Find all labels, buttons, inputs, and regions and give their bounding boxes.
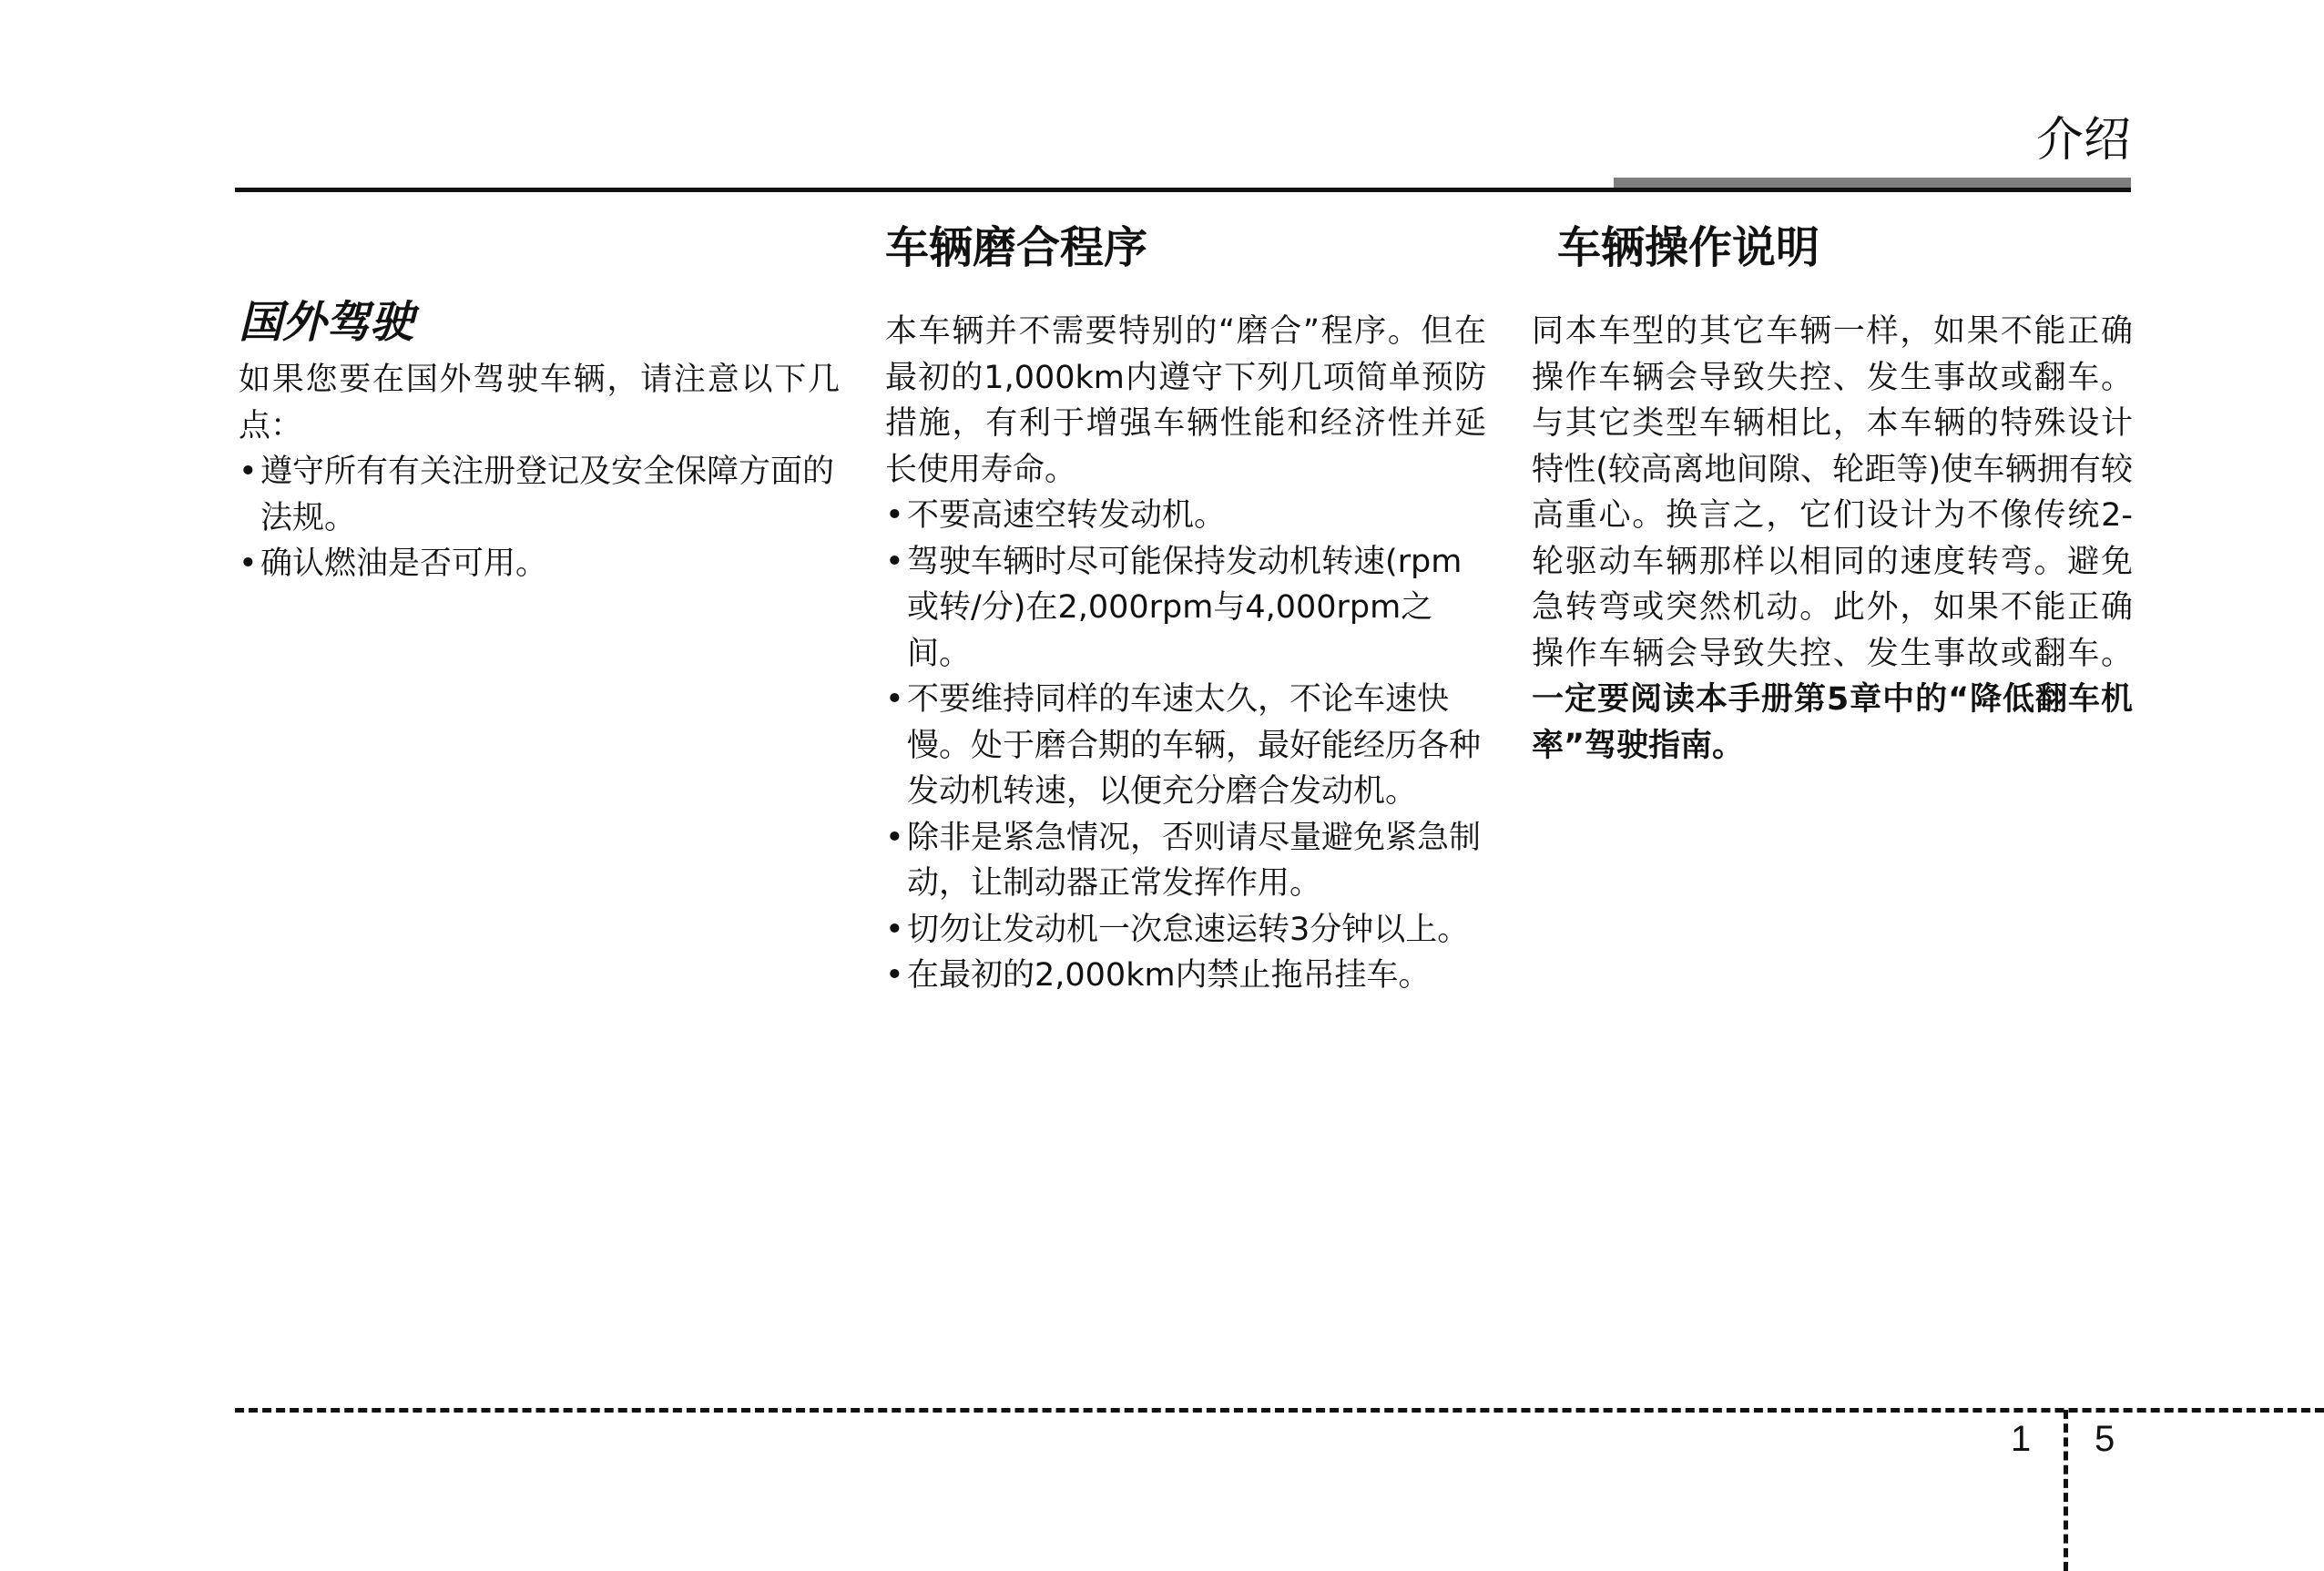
section-title-vehicle-operation: 车辆操作说明	[1532, 226, 2133, 270]
vehicle-operation-body: 同本车型的其它车辆一样，如果不能正确操作车辆会导致失控、发生事故或翻车。与其它类…	[1532, 309, 2133, 769]
page-number: 5	[2095, 1421, 2115, 1457]
list-item: 除非是紧急情况，否则请尽量避免紧急制动，让制动器正常发挥作用。	[885, 815, 1486, 907]
driving-abroad-intro: 如果您要在国外驾驶车辆，请注意以下几点：	[239, 357, 840, 449]
header-rule	[235, 188, 2131, 192]
break-in-list: 不要高速空转发动机。 驾驶车辆时尽可能保持发动机转速(rpm或转/分)在2,00…	[885, 493, 1486, 999]
chapter-number: 1	[2011, 1421, 2031, 1457]
list-item: 遵守所有有关注册登记及安全保障方面的法规。	[239, 449, 840, 541]
vehicle-operation-text: 同本车型的其它车辆一样，如果不能正确操作车辆会导致失控、发生事故或翻车。与其它类…	[1532, 313, 2133, 672]
column-vehicle-operation: 车辆操作说明 同本车型的其它车辆一样，如果不能正确操作车辆会导致失控、发生事故或…	[1532, 219, 2133, 769]
column-driving-abroad: 国外驾驶 如果您要在国外驾驶车辆，请注意以下几点： 遵守所有有关注册登记及安全保…	[239, 219, 840, 587]
break-in-intro: 本车辆并不需要特别的“磨合”程序。但在最初的1,000km内遵守下列几项简单预防…	[885, 309, 1486, 493]
chapter-title: 介绍	[2036, 117, 2131, 164]
list-item: 不要维持同样的车速太久，不论车速快慢。处于磨合期的车辆，最好能经历各种发动机转速…	[885, 677, 1486, 815]
list-item: 在最初的2,000km内禁止拖吊挂车。	[885, 953, 1486, 999]
footer-divider	[235, 1408, 2324, 1413]
section-title-break-in: 车辆磨合程序	[885, 226, 1486, 270]
footer-vertical-divider	[2064, 1410, 2068, 1571]
list-item: 驾驶车辆时尽可能保持发动机转速(rpm或转/分)在2,000rpm与4,000r…	[885, 539, 1486, 678]
list-item: 切勿让发动机一次怠速运转3分钟以上。	[885, 907, 1486, 954]
driving-abroad-list: 遵守所有有关注册登记及安全保障方面的法规。 确认燃油是否可用。	[239, 449, 840, 587]
list-item: 不要高速空转发动机。	[885, 493, 1486, 539]
vehicle-operation-warning: 一定要阅读本手册第5章中的“降低翻车机率”驾驶指南。	[1532, 681, 2133, 764]
list-item: 确认燃油是否可用。	[239, 541, 840, 587]
column-break-in: 车辆磨合程序 本车辆并不需要特别的“磨合”程序。但在最初的1,000km内遵守下…	[885, 219, 1486, 999]
section-title-driving-abroad: 国外驾驶	[239, 301, 840, 344]
